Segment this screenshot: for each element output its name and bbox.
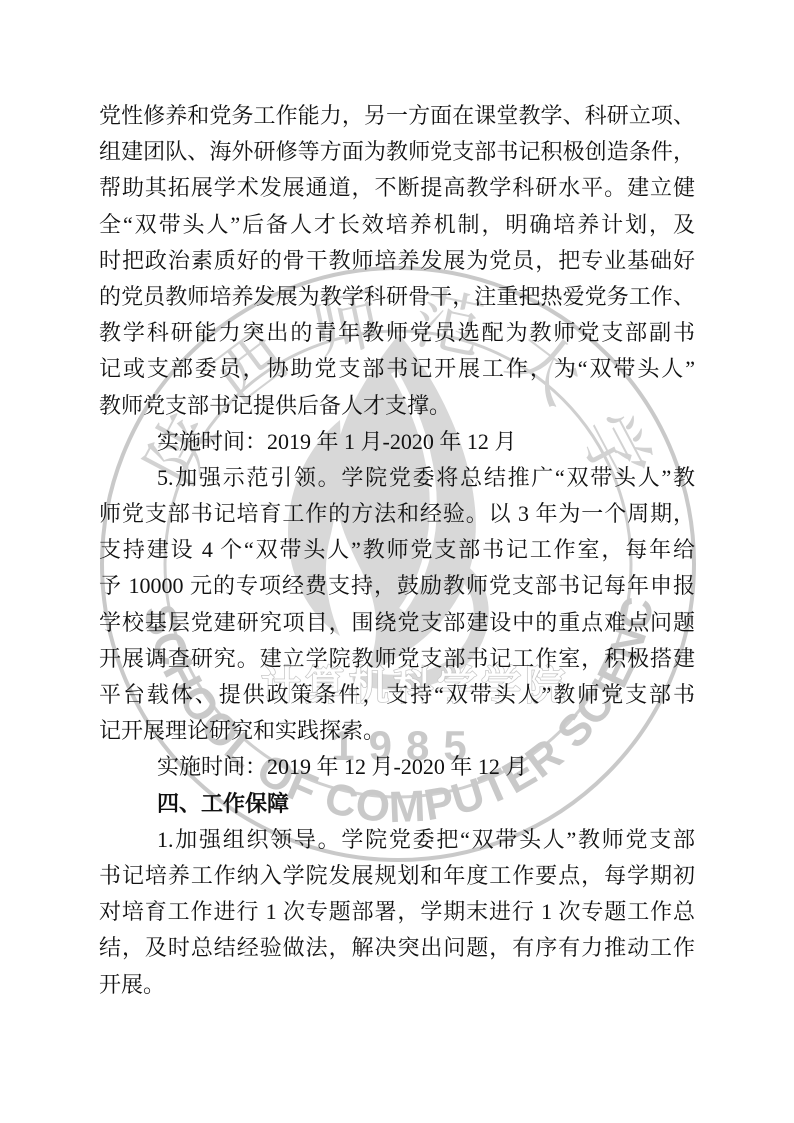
text-line: 党性修养和党务工作能力，另一方面在课堂教学、科研立项、 [99, 98, 695, 134]
text-line: 支持建设 4 个“双带头人”教师党支部书记工作室，每年给 [99, 532, 695, 568]
text-line: 教师党支部书记提供后备人才支撑。 [99, 388, 695, 424]
text-line: 时把政治素质好的骨干教师培养发展为党员，把专业基础好 [99, 243, 695, 279]
implementation-time-line: 实施时间：2019 年 1 月-2020 年 12 月 [99, 424, 695, 460]
text-line: 对培育工作进行 1 次专题部署，学期末进行 1 次专题工作总 [99, 894, 695, 930]
text-line: 开展调查研究。建立学院教师党支部书记工作室，积极搭建 [99, 641, 695, 677]
text-line: 予 10000 元的专项经费支持，鼓励教师党支部书记每年申报 [99, 568, 695, 604]
text-line: 开展。 [99, 967, 695, 1003]
text-line: 学校基层党建研究项目，围绕党支部建设中的重点难点问题 [99, 605, 695, 641]
text-line: 结，及时总结经验做法，解决突出问题，有序有力推动工作 [99, 930, 695, 966]
document-body: 党性修养和党务工作能力，另一方面在课堂教学、科研立项、 组建团队、海外研修等方面… [99, 98, 695, 1003]
text-line: 记开展理论研究和实践探索。 [99, 713, 695, 749]
implementation-time-line: 实施时间：2019 年 12 月-2020 年 12 月 [99, 749, 695, 785]
text-line: 书记培养工作纳入学院发展规划和年度工作要点，每学期初 [99, 858, 695, 894]
text-line: 5.加强示范引领。学院党委将总结推广“双带头人”教 [99, 460, 695, 496]
text-line: 组建团队、海外研修等方面为教师党支部书记积极创造条件， [99, 134, 695, 170]
text-line: 平台载体、提供政策条件，支持“双带头人”教师党支部书 [99, 677, 695, 713]
text-line: 1.加强组织领导。学院党委把“双带头人”教师党支部 [99, 822, 695, 858]
text-line: 的党员教师培养发展为教学科研骨干，注重把热爱党务工作、 [99, 279, 695, 315]
text-line: 师党支部书记培育工作的方法和经验。以 3 年为一个周期， [99, 496, 695, 532]
text-line: 记或支部委员，协助党支部书记开展工作，为“双带头人” [99, 351, 695, 387]
text-line: 教学科研能力突出的青年教师党员选配为教师党支部副书 [99, 315, 695, 351]
section-heading: 四、工作保障 [99, 786, 695, 822]
text-line: 帮助其拓展学术发展通道，不断提高教学科研水平。建立健 [99, 170, 695, 206]
document-page: 陕 西 师 范 大 学 SCHOOL OF COMPUTER SCIENCE 计… [0, 0, 794, 1123]
text-line: 全“双带头人”后备人才长效培养机制，明确培养计划，及 [99, 207, 695, 243]
